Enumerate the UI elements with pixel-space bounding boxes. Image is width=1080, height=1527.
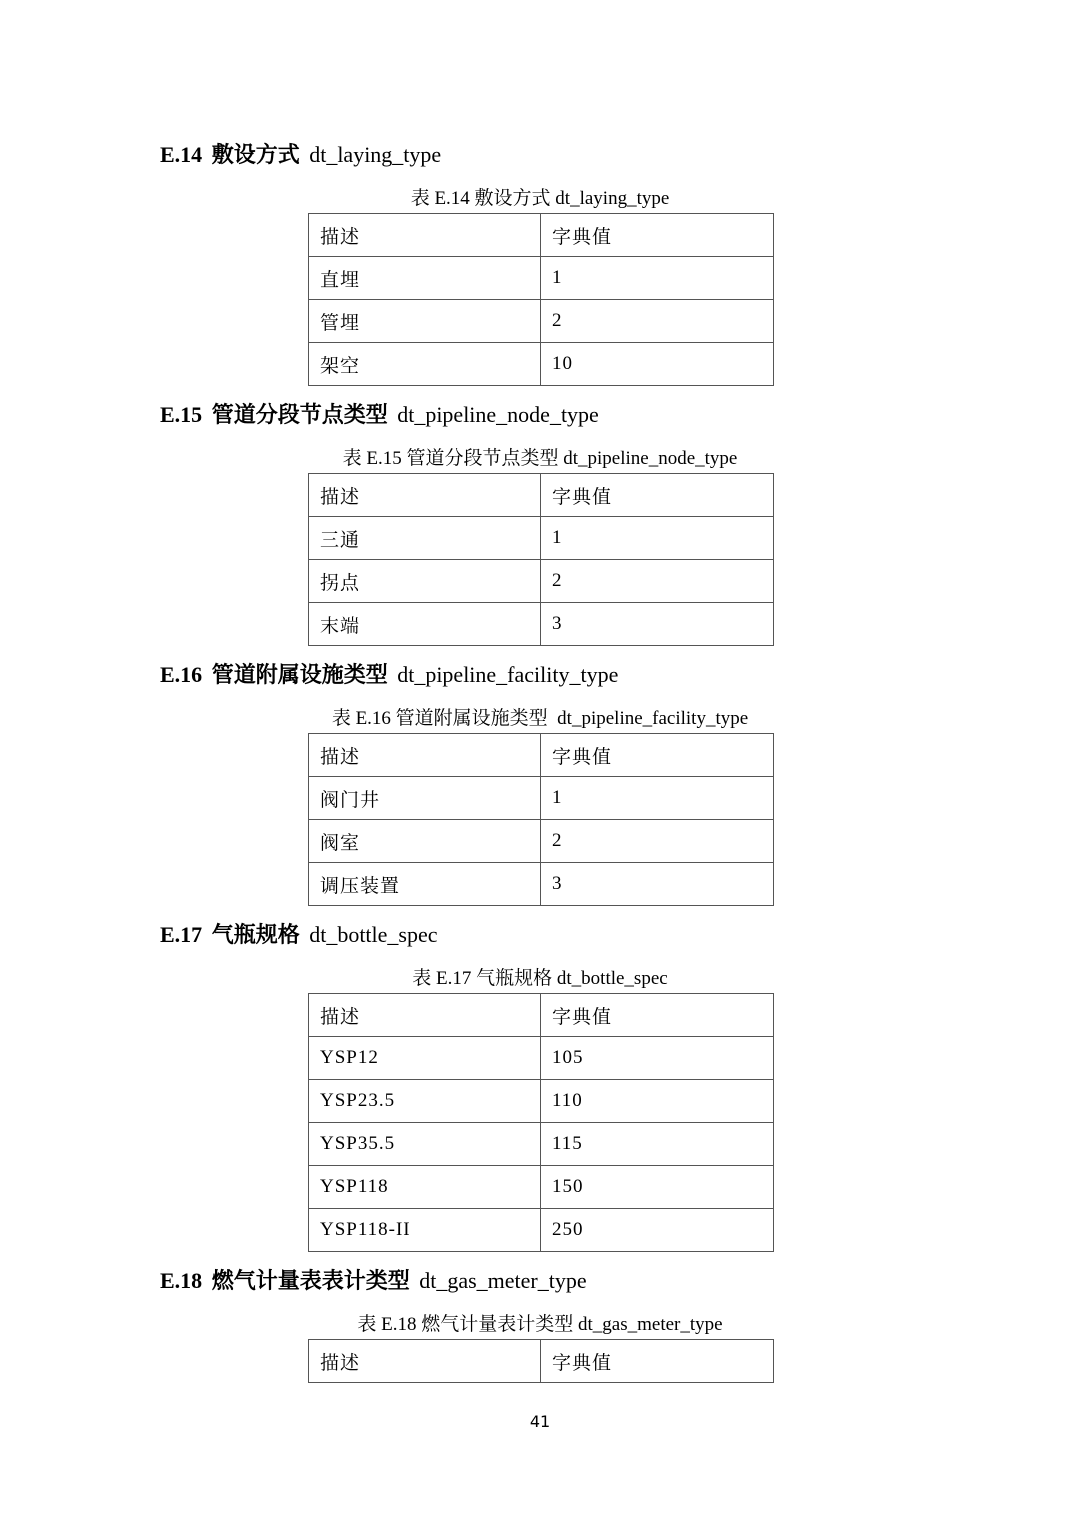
cell-description: YSP35.5 xyxy=(309,1123,541,1166)
table-body: 阀门井 1 阀室 2 调压装置 3 xyxy=(309,777,774,906)
section-heading: E.17 气瓶规格 dt_bottle_spec xyxy=(160,920,1080,950)
section-heading-number: E.16 xyxy=(160,662,202,687)
cell-dict-value: 110 xyxy=(541,1080,774,1123)
column-header-description: 描述 xyxy=(309,734,541,777)
section-heading: E.14 敷设方式 dt_laying_type xyxy=(160,140,1080,170)
cell-dict-value: 2 xyxy=(541,560,774,603)
column-header-description: 描述 xyxy=(309,1340,541,1383)
dictionary-table: 描述 字典值 xyxy=(308,1339,774,1383)
cell-dict-value: 3 xyxy=(541,603,774,646)
cell-dict-value: 1 xyxy=(541,777,774,820)
table-row: YSP35.5 115 xyxy=(309,1123,774,1166)
cell-dict-value: 150 xyxy=(541,1166,774,1209)
cell-dict-value: 3 xyxy=(541,863,774,906)
table-body: 三通 1 拐点 2 末端 3 xyxy=(309,517,774,646)
table-header-row: 描述 字典值 xyxy=(309,734,774,777)
table-row: YSP12 105 xyxy=(309,1037,774,1080)
table-caption: 表 E.17 气瓶规格 dt_bottle_spec xyxy=(0,966,1080,992)
table-header-row: 描述 字典值 xyxy=(309,474,774,517)
cell-description: 直埋 xyxy=(309,257,541,300)
dictionary-section: E.17 气瓶规格 dt_bottle_spec 表 E.17 气瓶规格 dt_… xyxy=(0,920,1080,1252)
table-row: YSP23.5 110 xyxy=(309,1080,774,1123)
section-heading-identifier: dt_pipeline_facility_type xyxy=(397,662,618,687)
cell-description: 三通 xyxy=(309,517,541,560)
table-row: YSP118-II 250 xyxy=(309,1209,774,1252)
column-header-dict-value: 字典值 xyxy=(541,1340,774,1383)
column-header-description: 描述 xyxy=(309,474,541,517)
cell-description: 阀门井 xyxy=(309,777,541,820)
cell-description: 架空 xyxy=(309,343,541,386)
table-caption: 表 E.16 管道附属设施类型 dt_pipeline_facility_typ… xyxy=(0,706,1080,732)
section-heading-number: E.14 xyxy=(160,142,202,167)
section-heading-title-zh: 管道附属设施类型 xyxy=(212,662,388,687)
dictionary-table: 描述 字典值 直埋 1 管埋 2 架空 10 xyxy=(308,213,774,386)
section-heading: E.15 管道分段节点类型 dt_pipeline_node_type xyxy=(160,400,1080,430)
dictionary-section: E.15 管道分段节点类型 dt_pipeline_node_type 表 E.… xyxy=(0,400,1080,646)
table-header-row: 描述 字典值 xyxy=(309,214,774,257)
cell-dict-value: 105 xyxy=(541,1037,774,1080)
table-row: 架空 10 xyxy=(309,343,774,386)
column-header-dict-value: 字典值 xyxy=(541,474,774,517)
table-row: 直埋 1 xyxy=(309,257,774,300)
dictionary-section: E.14 敷设方式 dt_laying_type 表 E.14 敷设方式 dt_… xyxy=(0,140,1080,386)
column-header-description: 描述 xyxy=(309,994,541,1037)
cell-description: YSP118 xyxy=(309,1166,541,1209)
column-header-dict-value: 字典值 xyxy=(541,734,774,777)
section-heading-title-zh: 管道分段节点类型 xyxy=(212,402,388,427)
cell-description: 阀室 xyxy=(309,820,541,863)
column-header-description: 描述 xyxy=(309,214,541,257)
table-row: 拐点 2 xyxy=(309,560,774,603)
table-row: 三通 1 xyxy=(309,517,774,560)
table-row: 末端 3 xyxy=(309,603,774,646)
cell-description: YSP118-II xyxy=(309,1209,541,1252)
section-heading-identifier: dt_laying_type xyxy=(309,142,441,167)
dictionary-table: 描述 字典值 三通 1 拐点 2 末端 3 xyxy=(308,473,774,646)
section-heading-number: E.18 xyxy=(160,1268,202,1293)
section-heading-identifier: dt_bottle_spec xyxy=(309,922,437,947)
cell-dict-value: 1 xyxy=(541,517,774,560)
dictionary-section: E.16 管道附属设施类型 dt_pipeline_facility_type … xyxy=(0,660,1080,906)
cell-description: YSP23.5 xyxy=(309,1080,541,1123)
table-row: 管埋 2 xyxy=(309,300,774,343)
table-body: 直埋 1 管埋 2 架空 10 xyxy=(309,257,774,386)
table-row: YSP118 150 xyxy=(309,1166,774,1209)
sections-container: E.14 敷设方式 dt_laying_type 表 E.14 敷设方式 dt_… xyxy=(0,0,1080,1383)
table-header-row: 描述 字典值 xyxy=(309,1340,774,1383)
column-header-dict-value: 字典值 xyxy=(541,994,774,1037)
section-heading: E.18 燃气计量表表计类型 dt_gas_meter_type xyxy=(160,1266,1080,1296)
table-body: YSP12 105 YSP23.5 110 YSP35.5 115 YSP118… xyxy=(309,1037,774,1252)
cell-description: YSP12 xyxy=(309,1037,541,1080)
cell-dict-value: 115 xyxy=(541,1123,774,1166)
table-header-row: 描述 字典值 xyxy=(309,994,774,1037)
table-caption: 表 E.15 管道分段节点类型 dt_pipeline_node_type xyxy=(0,446,1080,472)
cell-description: 管埋 xyxy=(309,300,541,343)
cell-dict-value: 1 xyxy=(541,257,774,300)
dictionary-table: 描述 字典值 YSP12 105 YSP23.5 110 YSP35.5 115… xyxy=(308,993,774,1252)
cell-description: 调压装置 xyxy=(309,863,541,906)
section-heading-title-zh: 燃气计量表表计类型 xyxy=(212,1268,410,1293)
column-header-dict-value: 字典值 xyxy=(541,214,774,257)
section-heading-identifier: dt_pipeline_node_type xyxy=(397,402,599,427)
document-page: E.14 敷设方式 dt_laying_type 表 E.14 敷设方式 dt_… xyxy=(0,0,1080,1527)
table-row: 调压装置 3 xyxy=(309,863,774,906)
section-heading-title-zh: 气瓶规格 xyxy=(212,922,300,947)
section-heading-title-zh: 敷设方式 xyxy=(212,142,300,167)
cell-description: 末端 xyxy=(309,603,541,646)
cell-dict-value: 2 xyxy=(541,820,774,863)
page-number: 41 xyxy=(0,1412,1080,1432)
cell-dict-value: 250 xyxy=(541,1209,774,1252)
section-heading-number: E.15 xyxy=(160,402,202,427)
section-heading: E.16 管道附属设施类型 dt_pipeline_facility_type xyxy=(160,660,1080,690)
table-row: 阀门井 1 xyxy=(309,777,774,820)
section-heading-identifier: dt_gas_meter_type xyxy=(419,1268,586,1293)
section-heading-number: E.17 xyxy=(160,922,202,947)
dictionary-table: 描述 字典值 阀门井 1 阀室 2 调压装置 3 xyxy=(308,733,774,906)
table-caption: 表 E.18 燃气计量表计类型 dt_gas_meter_type xyxy=(0,1312,1080,1338)
dictionary-section: E.18 燃气计量表表计类型 dt_gas_meter_type 表 E.18 … xyxy=(0,1266,1080,1383)
cell-dict-value: 2 xyxy=(541,300,774,343)
table-row: 阀室 2 xyxy=(309,820,774,863)
cell-dict-value: 10 xyxy=(541,343,774,386)
table-caption: 表 E.14 敷设方式 dt_laying_type xyxy=(0,186,1080,212)
cell-description: 拐点 xyxy=(309,560,541,603)
